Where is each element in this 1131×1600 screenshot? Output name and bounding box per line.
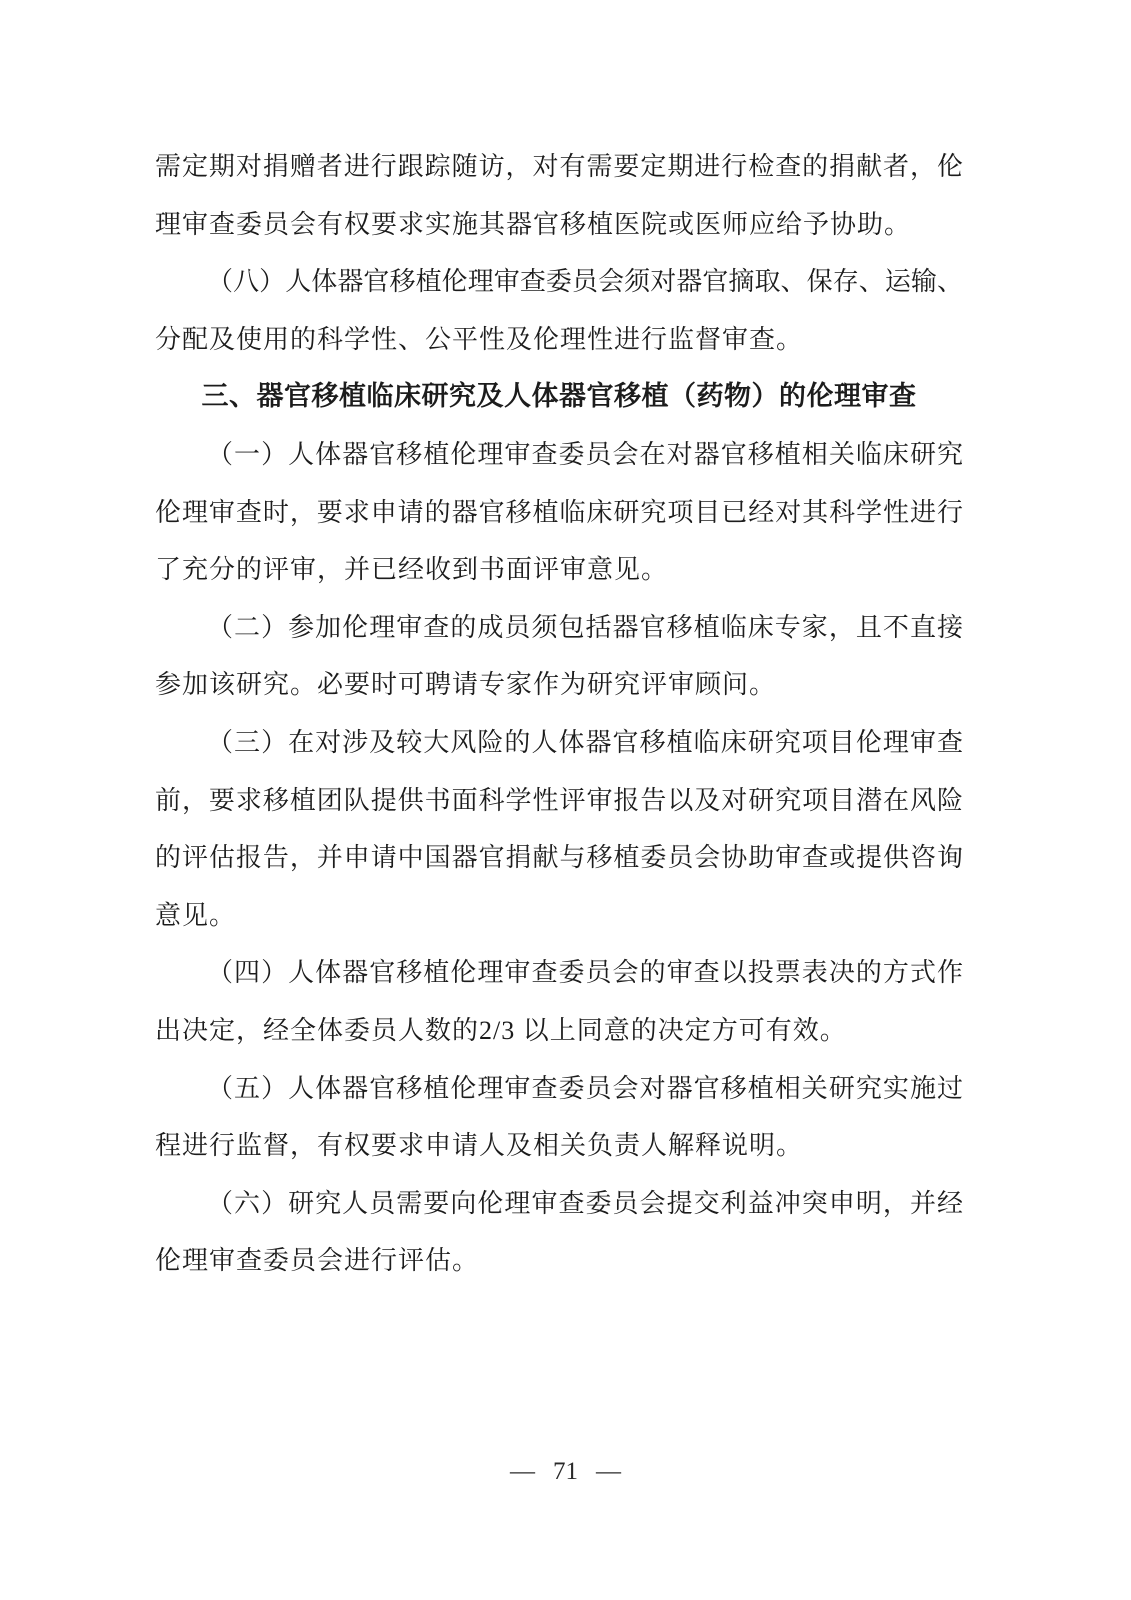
body-line: 程进行监督，有权要求申请人及相关负责人解释说明。 [155, 1117, 963, 1175]
body-line: （六）研究人员需要向伦理审查委员会提交利益冲突申明，并经 [155, 1175, 963, 1233]
body-line: 分配及使用的科学性、公平性及伦理性进行监督审查。 [155, 311, 963, 369]
body-line: 出决定，经全体委员人数的2/3 以上同意的决定方可有效。 [155, 1002, 963, 1060]
body-line: （一）人体器官移植伦理审查委员会在对器官移植相关临床研究 [155, 426, 963, 484]
body-line: 参加该研究。必要时可聘请专家作为研究评审顾问。 [155, 656, 963, 714]
section-heading: 三、器官移植临床研究及人体器官移植（药物）的伦理审查 [155, 368, 963, 426]
body-line: （五）人体器官移植伦理审查委员会对器官移植相关研究实施过 [155, 1060, 963, 1118]
body-line: 了充分的评审，并已经收到书面评审意见。 [155, 541, 963, 599]
document-body: 需定期对捐赠者进行跟踪随访，对有需要定期进行检查的捐献者，伦理审查委员会有权要求… [155, 138, 963, 1290]
body-line: （四）人体器官移植伦理审查委员会的审查以投票表决的方式作 [155, 944, 963, 1002]
footer-left-dash: — [510, 1458, 535, 1486]
footer-right-dash: — [596, 1458, 621, 1486]
body-line: 需定期对捐赠者进行跟踪随访，对有需要定期进行检查的捐献者，伦 [155, 138, 963, 196]
body-line: 的评估报告，并申请中国器官捐献与移植委员会协助审查或提供咨询 [155, 829, 963, 887]
body-line: （三）在对涉及较大风险的人体器官移植临床研究项目伦理审查 [155, 714, 963, 772]
document-page: 需定期对捐赠者进行跟踪随访，对有需要定期进行检查的捐献者，伦理审查委员会有权要求… [0, 0, 1131, 1600]
body-line: （二）参加伦理审查的成员须包括器官移植临床专家，且不直接 [155, 599, 963, 657]
page-footer: — 71 — [0, 1458, 1131, 1486]
page-number: 71 [553, 1458, 578, 1486]
body-line: （八）人体器官移植伦理审查委员会须对器官摘取、保存、运输、 [155, 253, 963, 311]
body-line: 伦理审查时，要求申请的器官移植临床研究项目已经对其科学性进行 [155, 484, 963, 542]
body-line: 前，要求移植团队提供书面科学性评审报告以及对研究项目潜在风险 [155, 772, 963, 830]
body-line: 伦理审查委员会进行评估。 [155, 1232, 963, 1290]
body-line: 理审查委员会有权要求实施其器官移植医院或医师应给予协助。 [155, 196, 963, 254]
body-line: 意见。 [155, 887, 963, 945]
